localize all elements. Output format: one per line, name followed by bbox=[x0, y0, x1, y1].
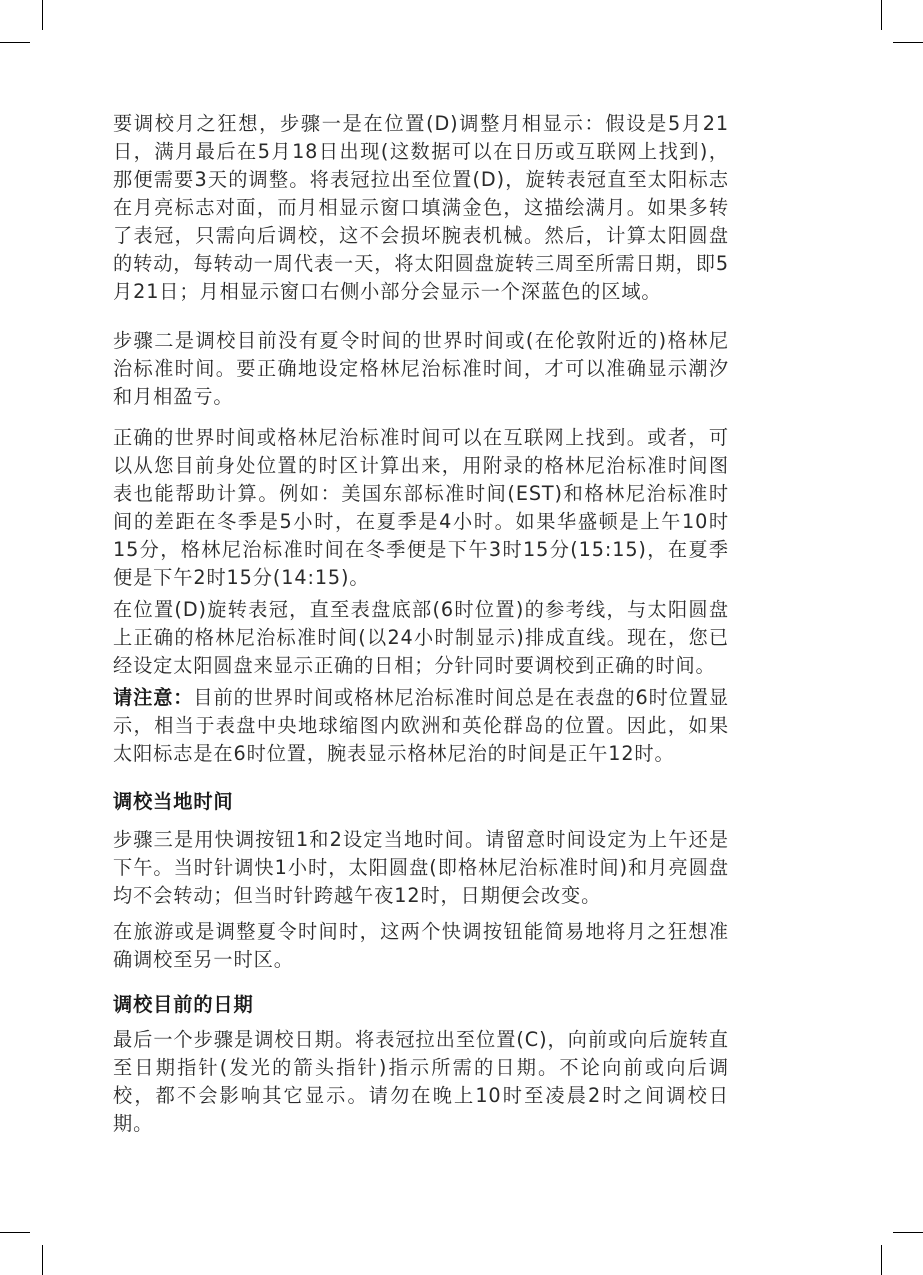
paragraph-text: 正确的世界时间或格林尼治标准时间可以在互联网上找到。或者，可以从您目前身处位置的… bbox=[113, 424, 729, 592]
paragraph-text: 在位置(D)旋转表冠，直至表盘底部(6时位置)的参考线，与太阳圆盘上正确的格林尼… bbox=[113, 596, 729, 680]
note-label: 请注意： bbox=[113, 686, 193, 709]
paragraph-text: 在旅游或是调整夏令时间时，这两个快调按钮能简易地将月之狂想准确调校至另一时区。 bbox=[113, 918, 729, 974]
section-heading: 调校当地时间 bbox=[113, 788, 729, 816]
paragraph-quick-buttons: 在旅游或是调整夏令时间时，这两个快调按钮能简易地将月之狂想准确调校至另一时区。 bbox=[113, 918, 729, 974]
paragraph-text: 要调校月之狂想，步骤一是在位置(D)调整月相显示：假设是5月21日，满月最后在5… bbox=[113, 110, 729, 306]
paragraph-step-two: 步骤二是调校目前没有夏令时间的世界时间或(在伦敦附近的)格林尼治标准时间。要正确… bbox=[113, 327, 729, 411]
crop-mark-top-right-horizontal bbox=[893, 42, 923, 43]
paragraph-step-three: 步骤三是用快调按钮1和2设定当地时间。请留意时间设定为上午还是下午。当时针调快1… bbox=[113, 826, 729, 910]
note-paragraph: 请注意：目前的世界时间或格林尼治标准时间总是在表盘的6时位置显示，相当于表盘中央… bbox=[113, 684, 729, 768]
paragraph-step-one: 要调校月之狂想，步骤一是在位置(D)调整月相显示：假设是5月21日，满月最后在5… bbox=[113, 110, 729, 306]
paragraph-rotate-crown: 在位置(D)旋转表冠，直至表盘底部(6时位置)的参考线，与太阳圆盘上正确的格林尼… bbox=[113, 596, 729, 680]
crop-mark-bottom-right-vertical bbox=[881, 1245, 882, 1275]
crop-mark-top-left-horizontal bbox=[0, 42, 30, 43]
paragraph-text: 步骤二是调校目前没有夏令时间的世界时间或(在伦敦附近的)格林尼治标准时间。要正确… bbox=[113, 327, 729, 411]
crop-mark-bottom-left-vertical bbox=[42, 1245, 43, 1275]
crop-mark-bottom-right-horizontal bbox=[893, 1232, 923, 1233]
paragraph-text: 步骤三是用快调按钮1和2设定当地时间。请留意时间设定为上午还是下午。当时针调快1… bbox=[113, 826, 729, 910]
crop-mark-top-left-vertical bbox=[42, 0, 43, 30]
section-heading: 调校目前的日期 bbox=[113, 991, 729, 1019]
crop-mark-bottom-left-horizontal bbox=[0, 1232, 30, 1233]
paragraph-final-step: 最后一个步骤是调校日期。将表冠拉出至位置(C)，向前或向后旋转直至日期指针(发光… bbox=[113, 1026, 729, 1138]
heading-local-time: 调校当地时间 bbox=[113, 788, 729, 816]
paragraph-world-time: 正确的世界时间或格林尼治标准时间可以在互联网上找到。或者，可以从您目前身处位置的… bbox=[113, 424, 729, 592]
note-text: 目前的世界时间或格林尼治标准时间总是在表盘的6时位置显示，相当于表盘中央地球缩图… bbox=[113, 686, 729, 765]
crop-mark-top-right-vertical bbox=[881, 0, 882, 30]
paragraph-text: 最后一个步骤是调校日期。将表冠拉出至位置(C)，向前或向后旋转直至日期指针(发光… bbox=[113, 1026, 729, 1138]
heading-date: 调校目前的日期 bbox=[113, 991, 729, 1019]
